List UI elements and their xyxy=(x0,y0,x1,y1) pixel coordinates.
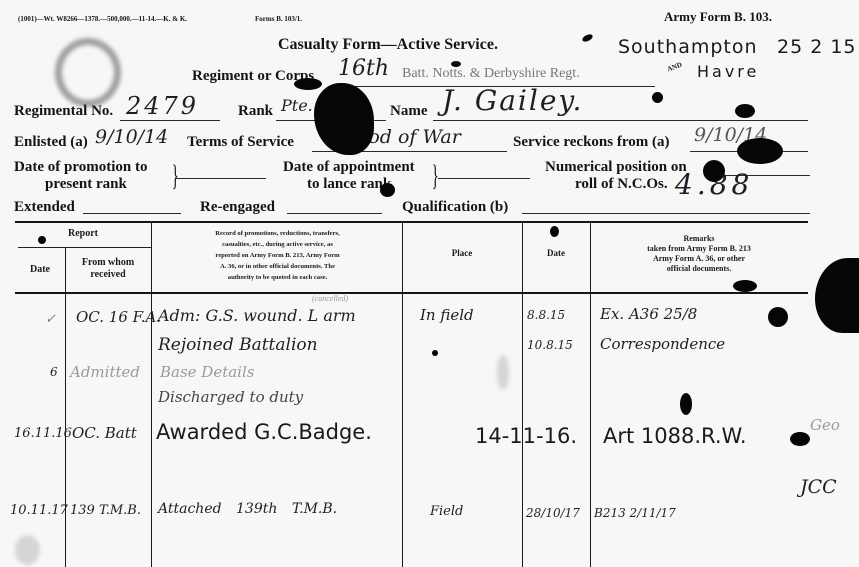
margin-signature: JCC xyxy=(800,476,837,498)
rank-label: Rank xyxy=(238,103,273,120)
qualification-label: Qualification (b) xyxy=(402,199,508,216)
stain-ring-icon xyxy=(55,38,121,107)
name-value[interactable]: J. Gailey. xyxy=(442,84,583,117)
army-form-number: Army Form B. 103. xyxy=(664,9,772,25)
ink-blot-icon xyxy=(581,33,594,43)
cell-date: 16.11.16 xyxy=(14,426,72,441)
date-promotion-label-1: Date of promotion to xyxy=(14,159,147,176)
date-appointment-label-1: Date of appointment xyxy=(283,159,415,176)
cell-remarks: B213 2/11/17 xyxy=(594,506,676,520)
ink-blot-icon xyxy=(733,280,757,292)
header-record: Record of promotions, reductions, transf… xyxy=(153,228,402,283)
reengaged-underline xyxy=(287,213,382,214)
embarkation-stamp-date: 25 2 15 xyxy=(777,36,857,58)
header-from-whom: From whom received xyxy=(65,257,151,281)
cell-date: 6 xyxy=(50,365,58,379)
cell-remarks: Ex. A36 25/8 xyxy=(600,305,697,323)
date-promotion-label-2: present rank xyxy=(45,176,127,193)
ink-blot-icon xyxy=(294,78,322,90)
cell-from: OC. Batt xyxy=(72,424,137,442)
ink-blot-icon xyxy=(790,432,810,446)
numerical-position-label-2: roll of N.C.Os. xyxy=(575,176,668,193)
column-divider xyxy=(151,223,152,567)
cell-remarks: Correspondence xyxy=(600,335,725,353)
terms-of-service-label: Terms of Service xyxy=(187,134,294,151)
regimental-no-value[interactable]: 2479 xyxy=(126,92,199,120)
regimental-no-label: Regimental No. xyxy=(14,103,113,120)
regimental-no-underline xyxy=(120,120,220,121)
ink-blot-icon xyxy=(550,226,559,237)
cell-record: Adm: G.S. wound. L arm xyxy=(158,306,356,325)
header-remarks: Remarks taken from Army Form B. 213 Army… xyxy=(590,234,808,274)
column-divider xyxy=(522,223,523,567)
ink-blot-icon xyxy=(652,92,663,103)
ink-blot-icon xyxy=(737,138,783,164)
margin-initials: Geo xyxy=(810,416,840,434)
brace-icon: } xyxy=(172,159,179,193)
cell-record: Rejoined Battalion xyxy=(158,335,318,355)
ink-blot-icon xyxy=(451,61,461,67)
cell-record: Discharged to duty xyxy=(158,388,303,406)
ink-blot-icon xyxy=(815,258,859,333)
date-appointment-label-2: to lance rank xyxy=(307,176,391,193)
ink-blot-icon xyxy=(38,236,46,244)
cell-date-2: 8.8.15 xyxy=(527,308,565,322)
cell-place: Field xyxy=(430,504,463,519)
ink-blot-icon xyxy=(768,307,788,327)
ink-blot-icon xyxy=(432,350,438,356)
regiment-printed-text: Batt. Notts. & Derbyshire Regt. xyxy=(402,66,580,82)
cell-date: ✓ xyxy=(45,312,56,327)
cell-from: Admitted xyxy=(70,363,140,381)
embarkation-stamp-location: Southampton xyxy=(618,36,758,58)
stain-icon xyxy=(497,355,509,390)
name-label: Name xyxy=(390,103,428,120)
reengaged-label: Re-engaged xyxy=(200,199,275,216)
brace-icon: } xyxy=(432,159,439,193)
date-appointment-underline xyxy=(438,178,530,179)
ink-blot-icon xyxy=(703,160,725,182)
column-divider xyxy=(402,223,403,567)
service-reckons-label: Service reckons from (a) xyxy=(513,134,669,151)
cell-record: Awarded G.C.Badge. xyxy=(156,420,372,444)
header-report: Report xyxy=(15,228,151,239)
ink-blot-icon xyxy=(380,183,395,197)
stain-icon xyxy=(15,535,40,565)
cell-place: In field xyxy=(420,306,474,324)
rank-value[interactable]: Pte. xyxy=(281,96,313,115)
column-divider xyxy=(65,248,66,567)
header-date-2: Date xyxy=(522,248,590,258)
header-place: Place xyxy=(402,248,522,258)
report-subheader-rule xyxy=(18,247,151,248)
cell-remarks: Art 1088.R.W. xyxy=(603,424,747,448)
table-header-bottom-rule xyxy=(15,292,808,294)
embarkation-stamp-location-2: Havre xyxy=(697,62,759,81)
name-underline xyxy=(433,120,808,121)
table-top-rule xyxy=(15,221,808,223)
form-title: Casualty Form—Active Service. xyxy=(278,36,498,54)
column-divider xyxy=(590,223,591,567)
print-code: (1001)—Wt. W8266—1378.—500,000.—11-14.—K… xyxy=(18,15,187,23)
numerical-position-label-1: Numerical position on xyxy=(545,159,687,176)
extended-underline xyxy=(83,213,181,214)
ink-blot-icon xyxy=(680,393,692,415)
ink-blot-icon xyxy=(314,83,374,155)
cell-record: Base Details xyxy=(160,363,254,381)
cell-from: OC. 16 F.A. xyxy=(76,308,161,326)
faded-cancelled-note: (cancelled) xyxy=(312,294,348,303)
ink-blot-icon xyxy=(735,104,755,118)
enlisted-value[interactable]: 9/10/14 xyxy=(95,126,168,148)
cell-date-2: 28/10/17 xyxy=(526,506,580,520)
cell-date: 10.11.17 xyxy=(10,503,68,518)
header-date: Date xyxy=(15,264,65,275)
date-promotion-underline xyxy=(176,178,266,179)
enlisted-label: Enlisted (a) xyxy=(14,134,88,151)
forms-reference: Forms B. 103/1. xyxy=(255,15,302,23)
embarkation-stamp-and: AND xyxy=(666,61,683,74)
cell-from: 139 T.M.B. xyxy=(70,503,141,518)
cell-record: Attached 139th T.M.B. xyxy=(158,501,337,517)
qualification-underline xyxy=(522,213,810,214)
regiment-value[interactable]: 16th xyxy=(338,56,389,81)
cell-date-2: 14-11-16. xyxy=(475,424,577,448)
cell-date-2: 10.8.15 xyxy=(527,338,573,352)
extended-label: Extended xyxy=(14,199,75,216)
